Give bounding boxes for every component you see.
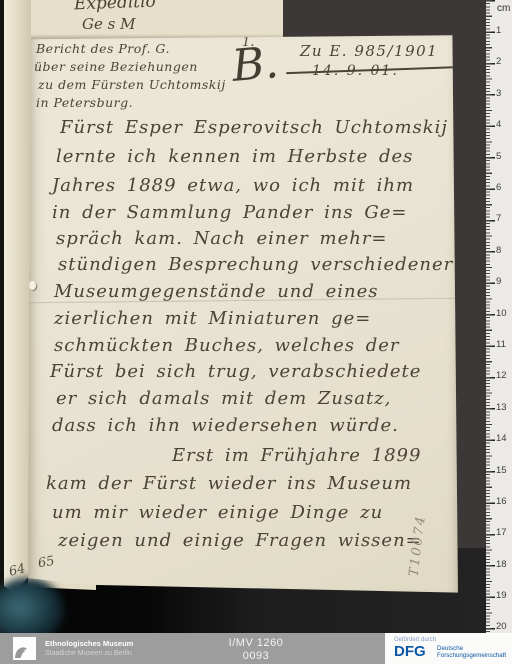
- ruler-number: 11: [496, 339, 506, 350]
- ruler-number: 18: [496, 559, 507, 570]
- manuscript-line: stündigen Besprechung verschiedener: [58, 254, 453, 275]
- manuscript-line: dass ich ihn wiedersehen würde.: [52, 415, 399, 436]
- manuscript-line: Fürst Esper Esperovitsch Uchtomskij: [60, 117, 448, 138]
- handwriting-fragment: Expeditio: [74, 0, 156, 14]
- file-reference: Zu E. 985/1901: [300, 42, 438, 60]
- ruler-number: 7: [496, 213, 501, 224]
- manuscript-line: Jahres 1889 etwa, wo ich mit ihm: [52, 175, 414, 196]
- header-line: zu dem Fürsten Uchtomskij: [38, 77, 226, 92]
- ruler-number: 2: [496, 56, 501, 67]
- ruler-number: 15: [496, 465, 507, 476]
- funding-name: Deutsche Forschungsgemeinschaft: [437, 645, 506, 659]
- ruler-number: 1: [496, 25, 501, 36]
- funding-credit: Gefördert durch DFG Deutsche Forschungsg…: [385, 633, 512, 664]
- previous-page-top-edge: Expeditio Ge s M: [4, 0, 283, 40]
- manuscript-line: spräch kam. Nach einer mehr=: [56, 228, 388, 249]
- ruler-number: 12: [496, 370, 507, 381]
- manuscript-line: in der Sammlung Pander ins Ge=: [52, 202, 408, 223]
- header-date: 14. 9. 01.: [312, 63, 399, 79]
- manuscript-line: Fürst bei sich trug, verabschiedete: [50, 361, 421, 382]
- handwriting-fragment: Ge s M: [82, 15, 135, 33]
- ruler-number: 9: [496, 276, 501, 287]
- manuscript-line: Museumgegenstände und eines: [54, 281, 379, 302]
- manuscript-line: Erst im Frühjahre 1899: [172, 445, 421, 466]
- page-number-current: 65: [37, 554, 56, 572]
- manuscript-line: er sich damals mit dem Zusatz,: [56, 388, 391, 409]
- ruler-number: 14: [496, 433, 507, 444]
- ruler-number: 16: [496, 496, 507, 507]
- ruler-number: 19: [496, 590, 507, 601]
- manuscript-line: kam der Fürst wieder ins Museum: [46, 473, 412, 494]
- dfg-logo: DFG: [394, 643, 426, 660]
- manuscript-line: um mir wieder einige Dinge zu: [52, 502, 383, 523]
- ruler-number: 17: [496, 527, 507, 538]
- ruler-number: 20: [496, 621, 507, 632]
- manuscript-line: schmückten Buches, welches der: [54, 335, 399, 356]
- header-line: in Petersburg.: [36, 95, 133, 110]
- archival-scan-view: Expeditio Ge s M 64 Bericht des Prof. G.…: [0, 0, 512, 664]
- ruler-unit-label: cm: [497, 3, 510, 14]
- manuscript-line: lernte ich kennen im Herbste des: [56, 146, 413, 167]
- ruler-number: 6: [496, 182, 501, 193]
- ruler-number: 10: [496, 308, 507, 319]
- manuscript-line: zierlichen mit Miniaturen ge=: [54, 308, 371, 329]
- ruler-number: 5: [496, 151, 501, 162]
- previous-page-left-edge: [4, 0, 31, 592]
- manuscript-line: zeigen und einige Fragen wissen=: [58, 530, 422, 551]
- ruler-number: 13: [496, 402, 507, 413]
- manuscript-page: Bericht des Prof. G. über seine Beziehun…: [28, 33, 458, 596]
- image-left-edge: [0, 0, 4, 664]
- ruler-number: 4: [496, 119, 501, 130]
- header-paraph: B.: [230, 37, 281, 92]
- measurement-ruler: cm 1 2 3 4 5 6 7 8 9 10 11 12 13 14 15 1…: [486, 0, 512, 633]
- paper-notch: [29, 281, 36, 290]
- ruler-number: 8: [496, 245, 501, 256]
- header-line: Bericht des Prof. G.: [36, 41, 170, 56]
- metadata-footer: Ethnologisches Museum Staatliche Museen …: [0, 633, 512, 664]
- ruler-number: 3: [496, 88, 501, 99]
- header-line: über seine Beziehungen: [34, 59, 198, 74]
